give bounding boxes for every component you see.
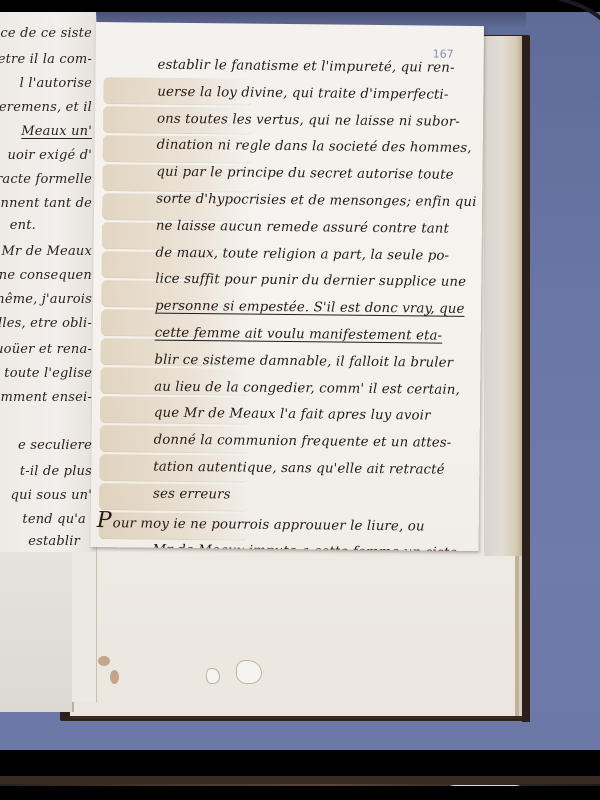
text-line: donné la communion frequente et un attes… — [153, 428, 465, 458]
left-line: n elles, etre obli- — [0, 316, 92, 331]
left-line: etracte formelle — [0, 172, 92, 187]
table-edge — [0, 776, 600, 784]
text-line: tation autentique, sans qu'elle ait retr… — [153, 455, 465, 485]
page-deckle-edge — [484, 36, 524, 556]
text-line: ons toutes les vertus, qui ne laisse ni … — [157, 106, 469, 136]
text-line: qui par le principe du secret autorise t… — [156, 160, 468, 190]
left-page-fragment: ence de ce siste etre il la com- l l'aut… — [0, 12, 97, 552]
text-line: our moy ie ne pourrois approuuer le liur… — [113, 516, 425, 534]
binding-edge — [522, 36, 530, 722]
text-line: establir le fanatisme et l'impureté, qui… — [157, 53, 469, 83]
rust-stain — [98, 656, 110, 666]
rust-stain — [110, 670, 119, 684]
left-line: e seculiere — [18, 438, 92, 453]
text-line: personne si empestée. S'il est donc vray… — [155, 294, 467, 324]
paper-damage — [206, 668, 220, 684]
left-line: une consequen — [0, 268, 92, 283]
text-line: lice suffit pour punir du dernier suppli… — [155, 267, 467, 297]
left-line: t-il de plus — [20, 464, 92, 479]
left-line: establir — [28, 534, 80, 549]
page-gutter-fold — [72, 552, 97, 702]
left-line: Mr de Meaux — [2, 244, 92, 259]
left-line: ence de ce siste — [0, 26, 92, 41]
left-line: Meaux un' — [21, 124, 92, 139]
text-line: blir ce sisteme damnable, il falloit la … — [154, 347, 466, 377]
photo-scene: ence de ce siste etre il la com- l l'aut… — [0, 0, 600, 800]
left-line: ent. — [10, 218, 36, 233]
left-line: tend qu'a — [22, 512, 86, 527]
left-line: moy même, j'aurois — [0, 292, 92, 307]
text-line: que Mr de Meaux l'a fait apres luy avoir — [154, 401, 466, 431]
text-line: au lieu de la congedier, comm' il est ce… — [154, 374, 466, 404]
left-page-lower-fold — [0, 552, 74, 712]
text-line: cette femme ait voulu manifestement eta- — [155, 321, 467, 351]
drop-capital: P — [97, 508, 112, 533]
left-line: uoüer et rena- — [0, 342, 92, 357]
text-line: uerse la loy divine, qui traite d'imperf… — [157, 79, 469, 109]
paragraph-start-line: Pour moy ie ne pourrois approuuer le liu… — [97, 508, 465, 542]
text-line: ne laisse aucun remede assuré contre tan… — [156, 213, 468, 243]
text-line: de maux, toute religion a part, la seule… — [155, 240, 467, 270]
manuscript-text: establir le fanatisme et l'impureté, qui… — [152, 53, 470, 551]
left-line: uoir exigé d' — [7, 148, 92, 163]
letterbox-top — [0, 0, 600, 12]
text-line: dination ni regle dans la societé des ho… — [157, 133, 469, 163]
text-line: sorte d'hypocrisies et de mensonges; enf… — [156, 187, 468, 217]
text-line: ses erreurs — [153, 481, 465, 511]
letterbox-bottom — [0, 786, 600, 800]
manuscript-page: 167 establir le fanatisme et l'impureté,… — [91, 22, 484, 551]
left-line: toute l'eglise — [4, 366, 92, 381]
left-line: l l'autorise — [20, 76, 92, 91]
left-line: seremens, et il — [0, 100, 92, 115]
left-line: etre il la com- — [0, 52, 92, 67]
left-line: qui sous un' — [11, 488, 92, 503]
left-line: mment ensei- — [1, 390, 92, 405]
left-line: nnent tant de — [1, 196, 93, 211]
paper-damage — [236, 660, 262, 684]
